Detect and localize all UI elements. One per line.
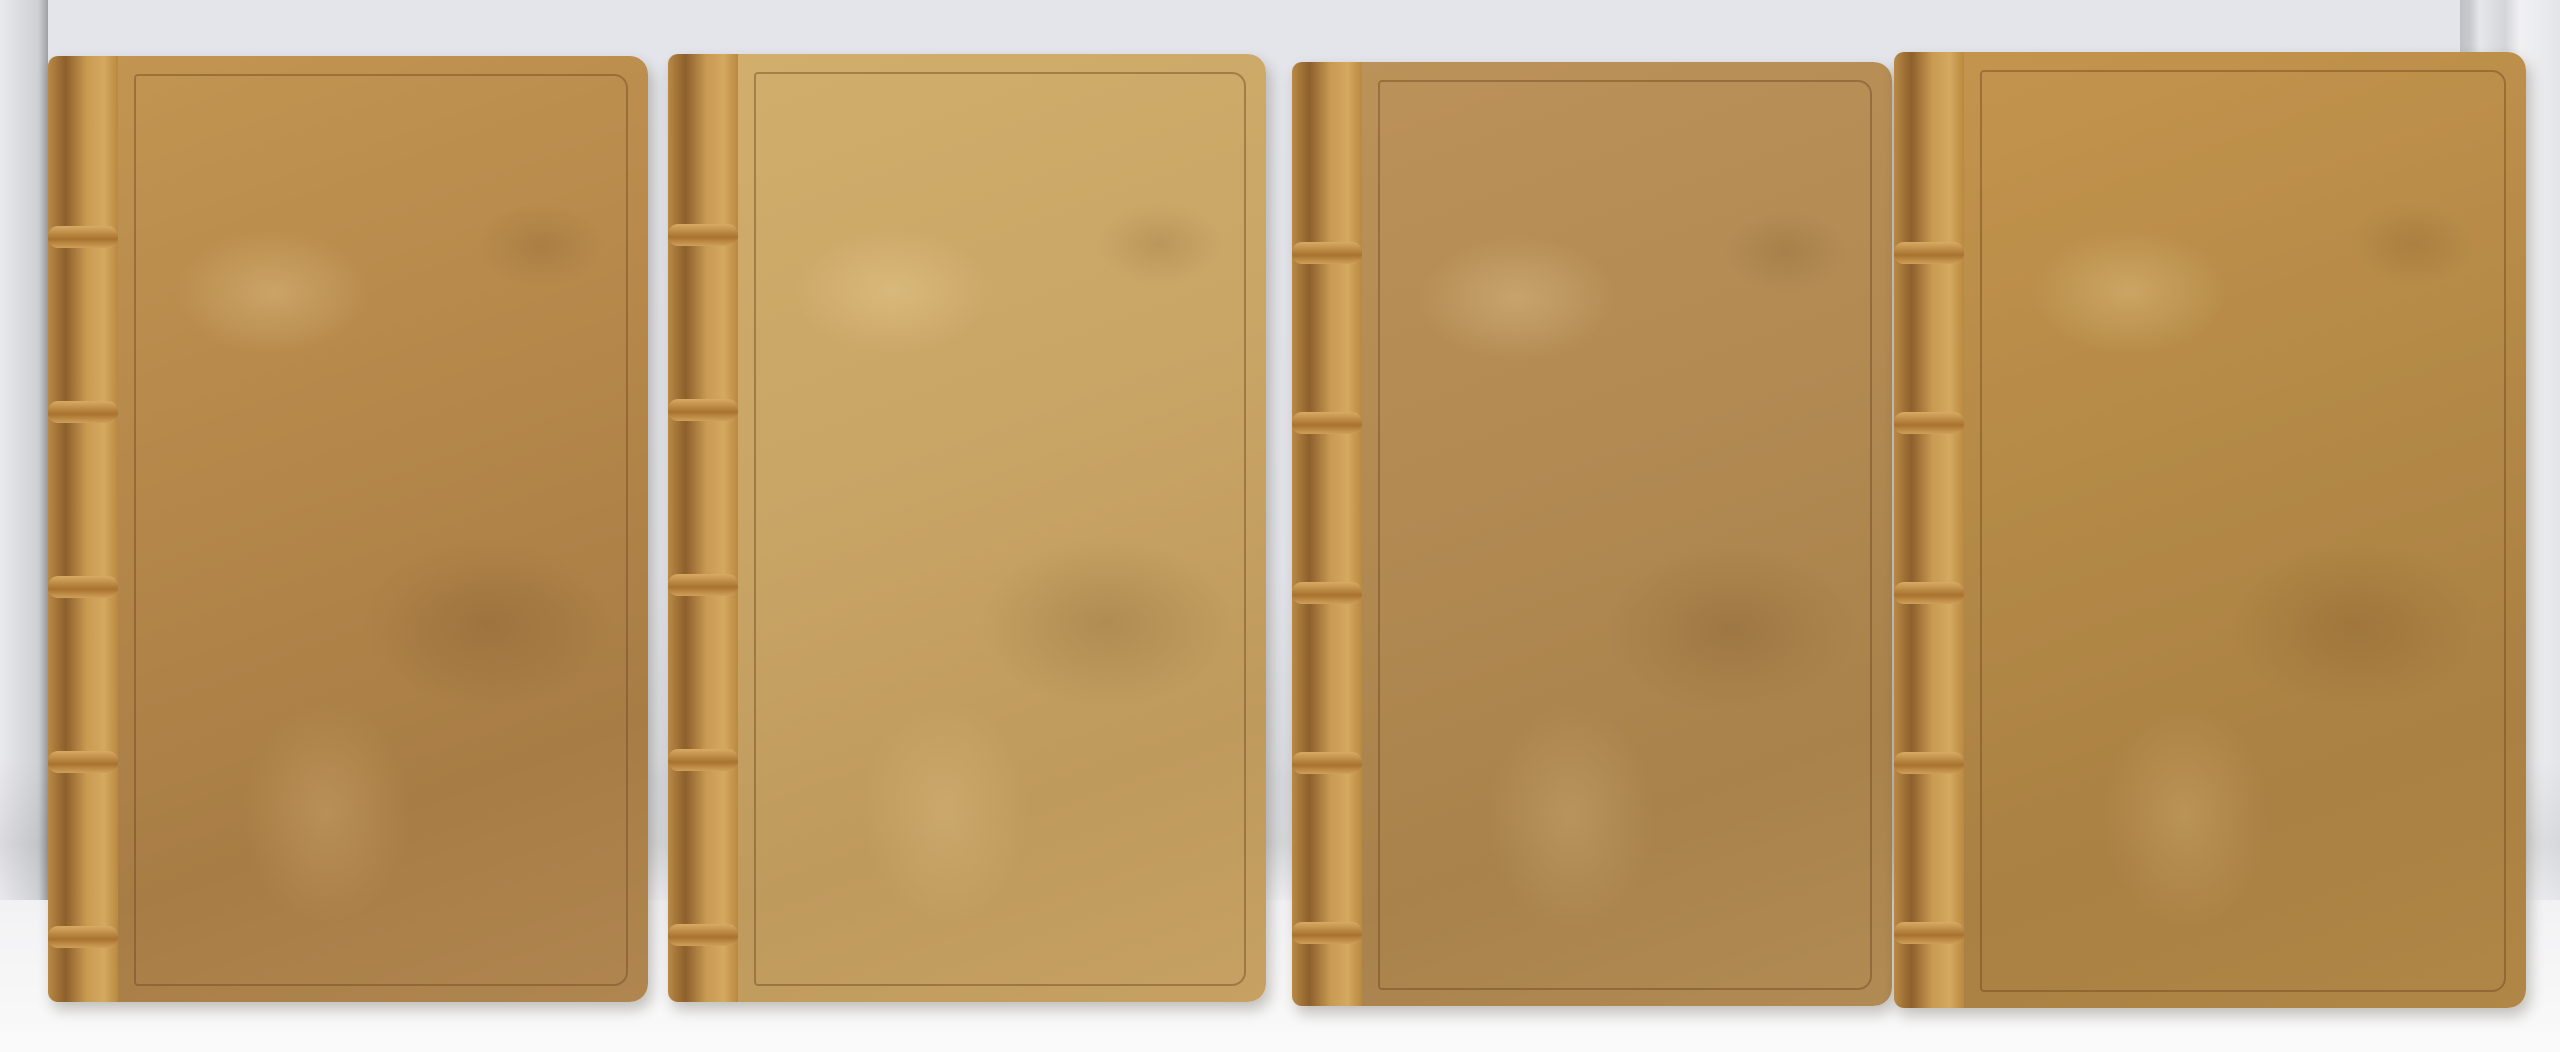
book-4-blind-tooled-border <box>1980 70 2506 992</box>
book-1 <box>48 56 648 1002</box>
book-2-cover <box>732 54 1266 1002</box>
book-4-cover <box>1958 52 2526 1008</box>
book-2 <box>668 54 1266 1002</box>
book-2-blind-tooled-border <box>754 72 1246 986</box>
book-2-spine <box>668 54 738 1002</box>
book-3 <box>1292 62 1892 1006</box>
book-1-blind-tooled-border <box>134 74 628 986</box>
book-3-blind-tooled-border <box>1378 80 1872 990</box>
book-4-spine <box>1894 52 1964 1008</box>
book-1-cover <box>112 56 648 1002</box>
book-3-spine <box>1292 62 1362 1006</box>
book-4 <box>1894 52 2526 1008</box>
book-1-spine <box>48 56 118 1002</box>
book-3-cover <box>1356 62 1892 1006</box>
